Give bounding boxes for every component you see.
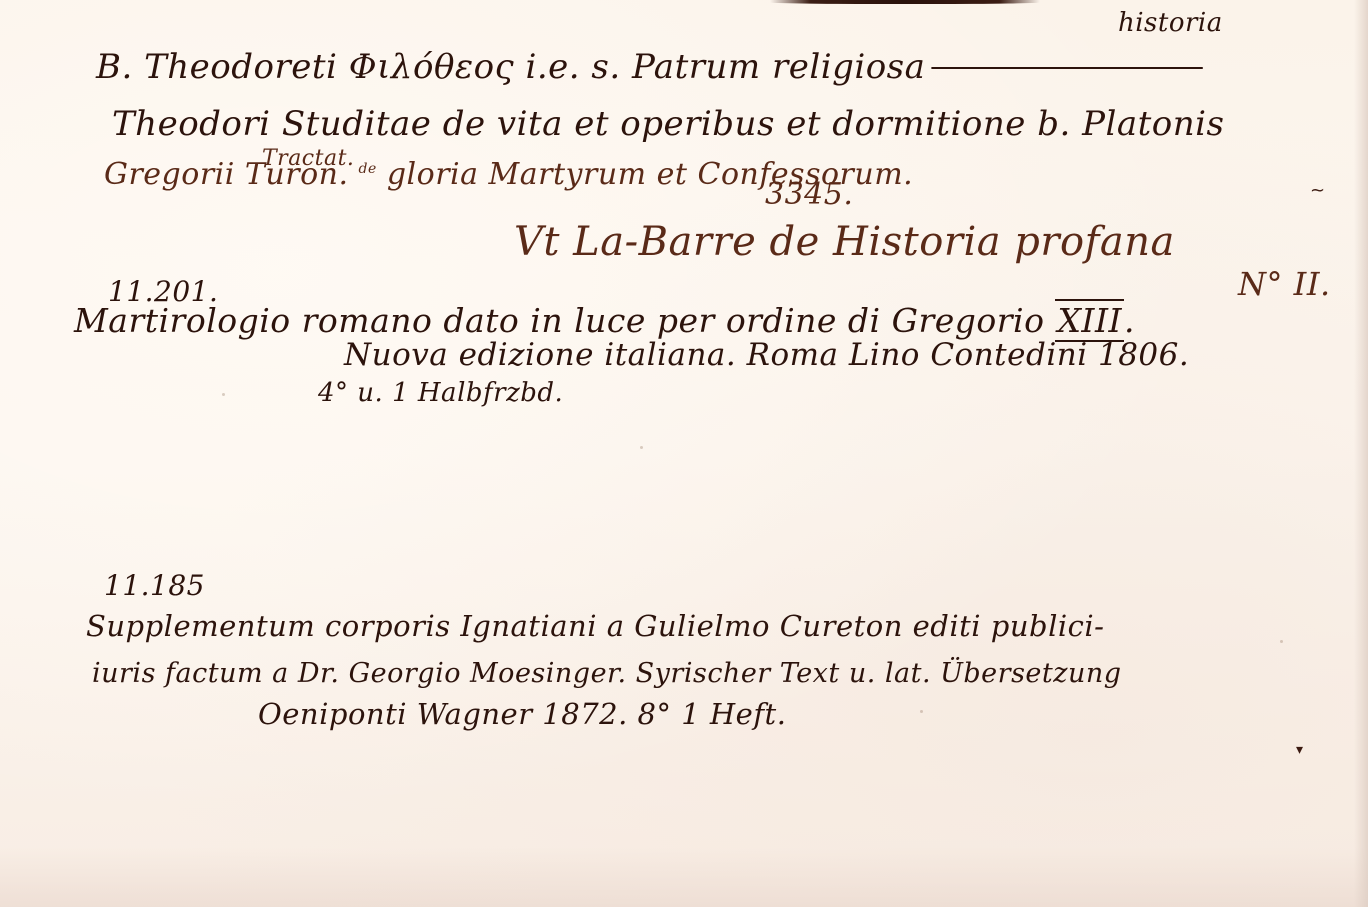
entry-1-line-1-text: B. Theodoreti Φιλόθεος i.e. s. Patrum re…: [96, 47, 925, 87]
shelf-number: 3345.: [765, 180, 853, 210]
entry-3-line-3: Oeniponti Wagner 1872. 8° 1 Heft.: [258, 700, 786, 729]
entry-1-line-3-start: Gregorii Turon.: [104, 157, 348, 192]
entry-2-title-end: .: [1124, 301, 1135, 340]
paper-speck: [920, 710, 923, 713]
card-edge-shadow: [1354, 0, 1368, 907]
reference-line: Vt La-Barre de Historia profana: [514, 222, 1175, 262]
paper-speck: [640, 446, 643, 449]
entry-1-line-2: Theodori Studitae de vita et operibus et…: [112, 107, 1224, 141]
entry-3-number: 11.185: [104, 572, 205, 600]
entry-2-regnal-numeral: XIII: [1055, 299, 1124, 342]
insertion-historia: historia: [1118, 10, 1223, 36]
struck-through-word: ​: [931, 47, 1202, 87]
paper-speck: [222, 393, 225, 396]
entry-2-edition: Nuova edizione italiana. Roma Lino Conte…: [344, 340, 1189, 371]
entry-1-line-3-superscript: de: [359, 161, 377, 177]
entry-2-format: 4° u. 1 Halbfrzbd.: [318, 380, 563, 406]
entry-3-line-2: iuris factum a Dr. Georgio Moesinger. Sy…: [92, 660, 1122, 687]
entry-2-title: Martirologio romano dato in luce per ord…: [74, 304, 1135, 337]
paper-speck: [1280, 640, 1283, 643]
tilde-mark-icon: ~: [1310, 180, 1325, 201]
reference-number: N° II.: [1238, 268, 1331, 300]
entry-1-line-1: B. Theodoreti Φιλόθεος i.e. s. Patrum re…: [96, 50, 1203, 84]
top-edge-mark: [770, 0, 1040, 4]
ink-mark-icon: ▾: [1296, 742, 1303, 758]
entry-3-line-1: Supplementum corporis Ignatiani a Guliel…: [86, 612, 1104, 641]
entry-2-title-text: Martirologio romano dato in luce per ord…: [74, 301, 1044, 340]
